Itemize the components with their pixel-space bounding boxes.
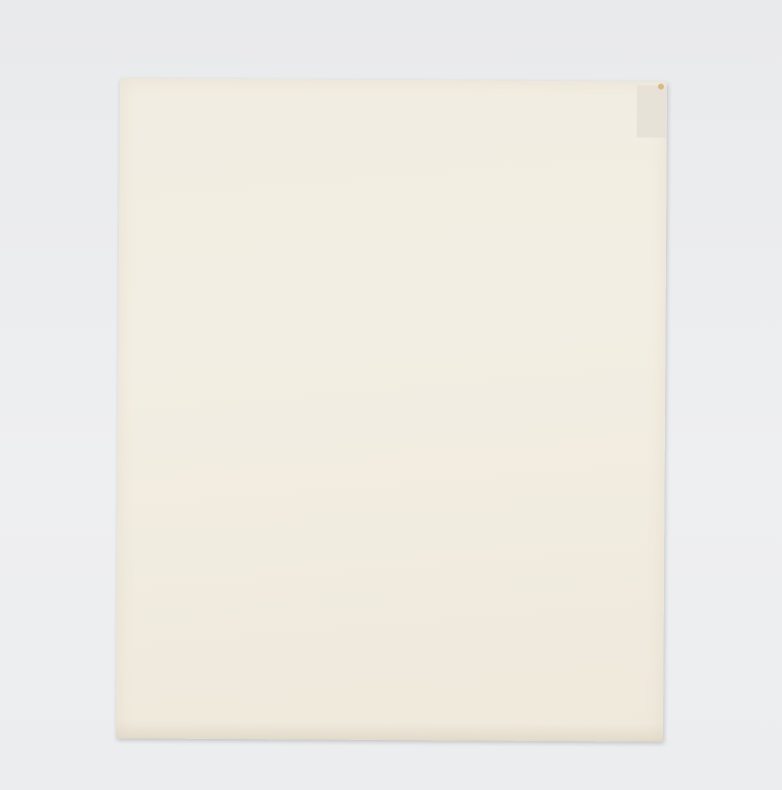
manuscript-page [116, 78, 667, 741]
manuscript-line-1 [178, 93, 659, 132]
manuscript-line-9 [134, 415, 657, 454]
manuscript-line-8 [134, 374, 657, 413]
corner-stain [658, 84, 664, 90]
manuscript-line-12 [129, 510, 656, 549]
manuscript-line-14 [133, 590, 656, 629]
manuscript-line-7 [134, 334, 657, 373]
manuscript-line-13 [175, 554, 656, 593]
manuscript-line-11 [129, 472, 656, 511]
manuscript-line-3 [135, 175, 658, 214]
manuscript-line-4 [135, 216, 658, 255]
manuscript-line-16 [128, 664, 655, 703]
manuscript-line-5 [135, 258, 658, 297]
manuscript-line-15 [128, 628, 655, 667]
manuscript-line-6 [134, 298, 657, 337]
manuscript-line-2 [171, 136, 658, 175]
